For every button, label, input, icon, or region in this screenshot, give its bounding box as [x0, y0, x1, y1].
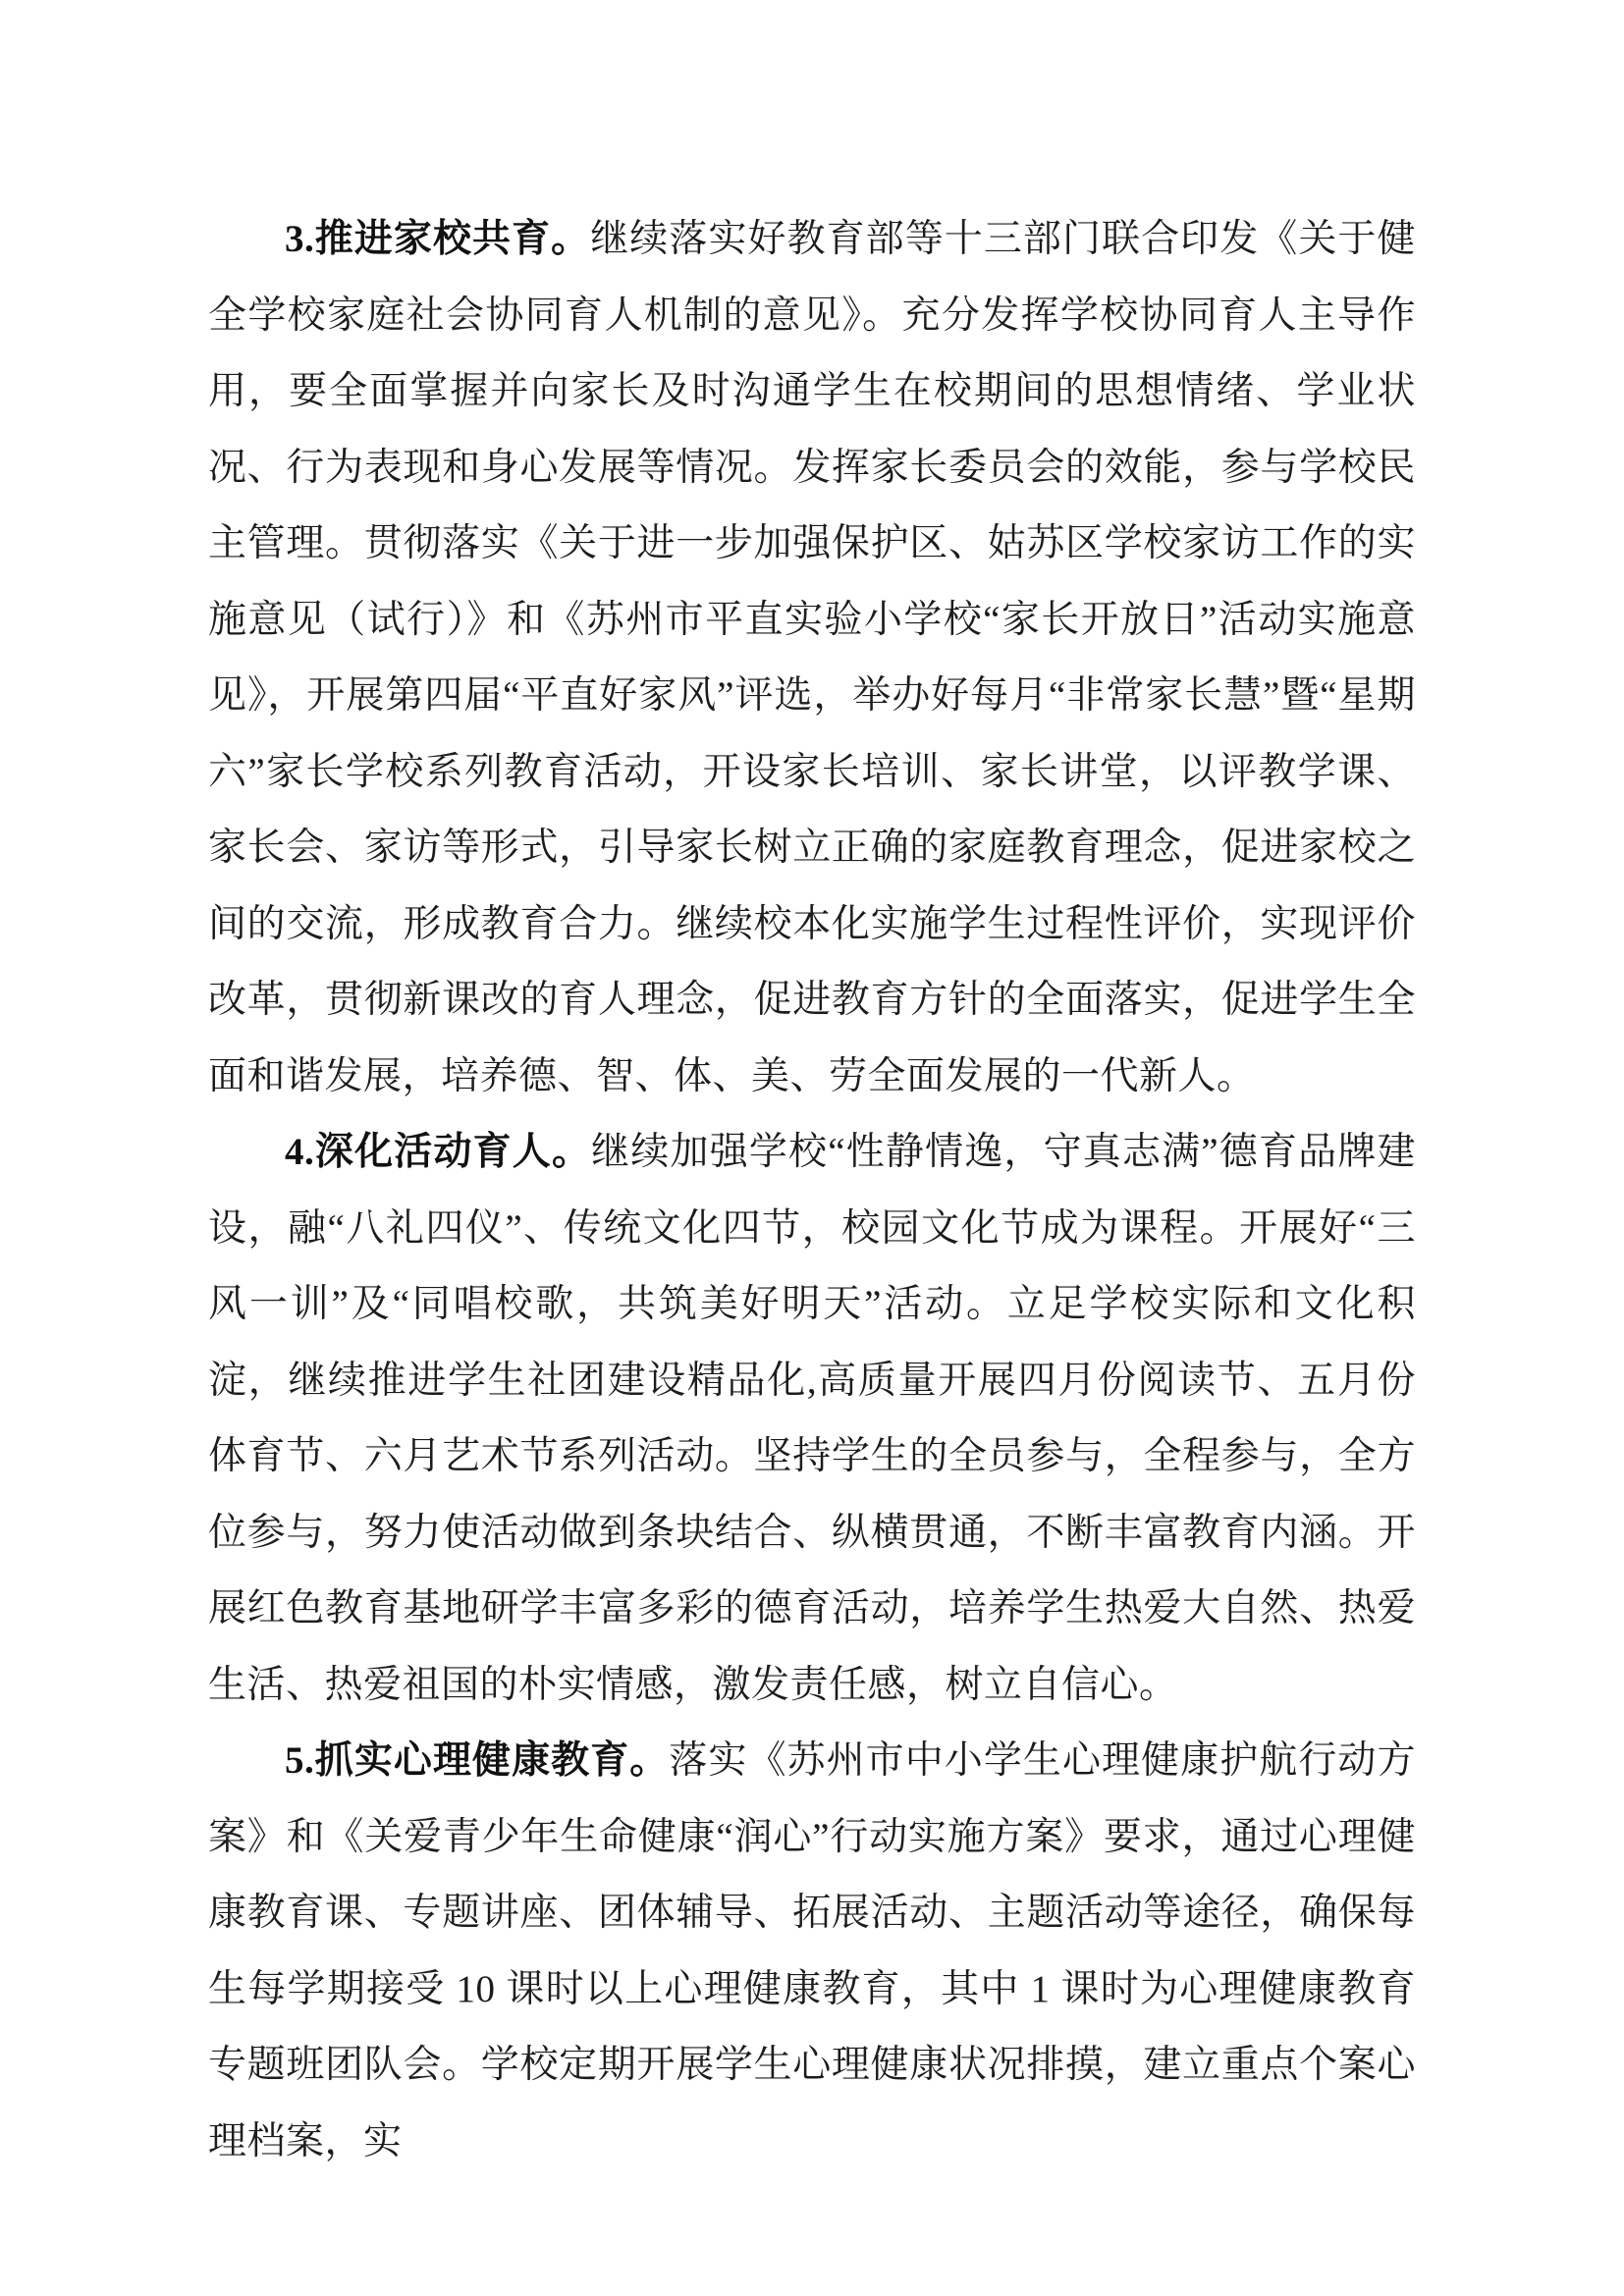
paragraph-heading: 4.深化活动育人。	[285, 1131, 591, 1173]
paragraph-heading: 3.推进家校共育。	[285, 218, 590, 260]
paragraph-heading: 5.抓实心理健康教育。	[285, 1739, 669, 1782]
paragraph-item-3: 3.推进家校共育。继续落实好教育部等十三部门联合印发《关于健全学校家庭社会协同育…	[208, 201, 1416, 1114]
paragraph-body: 继续加强学校“性静情逸，守真志满”德育品牌建设，融“八礼四仪”、传统文化四节，校…	[208, 1131, 1416, 1706]
document-text-block: 3.推进家校共育。继续落实好教育部等十三部门联合印发《关于健全学校家庭社会协同育…	[208, 201, 1416, 2179]
paragraph-item-5: 5.抓实心理健康教育。落实《苏州市中小学生心理健康护航行动方案》和《关爱青少年生…	[208, 1723, 1416, 2179]
paragraph-body: 继续落实好教育部等十三部门联合印发《关于健全学校家庭社会协同育人机制的意见》。充…	[208, 218, 1416, 1097]
paragraph-body: 落实《苏州市中小学生心理健康护航行动方案》和《关爱青少年生命健康“润心”行动实施…	[208, 1739, 1416, 2163]
document-page: 3.推进家校共育。继续落实好教育部等十三部门联合印发《关于健全学校家庭社会协同育…	[0, 0, 1624, 2296]
paragraph-item-4: 4.深化活动育人。继续加强学校“性静情逸，守真志满”德育品牌建设，融“八礼四仪”…	[208, 1114, 1416, 1723]
